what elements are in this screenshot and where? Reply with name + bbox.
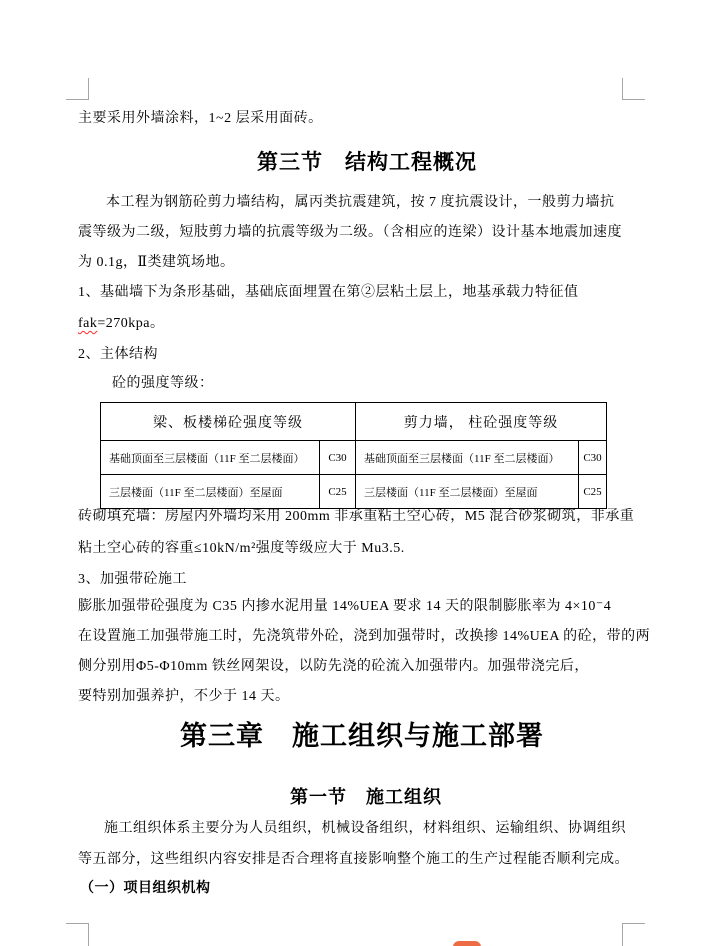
table-caption: 砼的强度等级： xyxy=(112,369,214,399)
cut-off-logo-graphic xyxy=(453,941,481,946)
structure-paragraph-line: 震等级为二级，短肢剪力墙的抗震等级为二级。（含相应的连梁）设计基本地震加速度 xyxy=(78,218,622,248)
fak-value-line: fak=270kpa。 xyxy=(78,309,165,339)
intro-line: 主要采用外墙涂料，1~2 层采用面砖。 xyxy=(78,104,323,134)
table-row: 基础顶面至三层楼面（11F 至二层楼面） C30 基础顶面至三层楼面（11F 至… xyxy=(101,441,607,475)
expansion-paragraph-line: 在设置施工加强带施工时，先浇筑带外砼，浇到加强带时，改换掺 14%UEA 的砼，… xyxy=(78,622,650,652)
numbered-item-3: 3、加强带砼施工 xyxy=(78,565,187,595)
document-page: 主要采用外墙涂料，1~2 层采用面砖。 第三节 结构工程概况 本工程为钢筋砼剪力… xyxy=(0,0,702,946)
concrete-grade-table: 梁、板楼梯砼强度等级 剪力墙， 柱砼强度等级 基础顶面至三层楼面（11F 至二层… xyxy=(100,402,607,509)
table-header-cell: 剪力墙， 柱砼强度等级 xyxy=(356,403,607,441)
misspelled-word: fak xyxy=(78,316,97,331)
numbered-item-2: 2、主体结构 xyxy=(78,340,158,370)
table-cell: 基础顶面至三层楼面（11F 至二层楼面） xyxy=(356,441,579,475)
organization-paragraph-line: 施工组织体系主要分为人员组织，机械设备组织，材料组织、运输组织、协调组织 xyxy=(104,814,626,844)
table-cell: C30 xyxy=(320,441,356,475)
expansion-paragraph-line: 膨胀加强带砼强度为 C35 内掺水泥用量 14%UEA 要求 14 天的限制膨胀… xyxy=(78,592,611,622)
chapter3-heading: 第三章 施工组织与施工部署 xyxy=(180,714,544,753)
brick-paragraph-line: 砖砌填充墙：房屋内外墙均采用 200mm 非承重粘土空心砖，M5 混合砂浆砌筑，… xyxy=(78,502,634,532)
organization-paragraph-line: 等五部分，这些组织内容安排是否合理将直接影响整个施工的生产过程能否顺利完成。 xyxy=(78,845,629,875)
crop-mark-top-right xyxy=(622,78,645,100)
table-cell: 基础顶面至三层楼面（11F 至二层楼面） xyxy=(101,441,320,475)
crop-mark-bottom-right xyxy=(622,923,645,946)
structure-paragraph-line: 本工程为钢筋砼剪力墙结构，属丙类抗震建筑，按 7 度抗震设计，一般剪力墙抗 xyxy=(106,188,615,218)
crop-mark-bottom-left xyxy=(66,923,89,946)
table-header-row: 梁、板楼梯砼强度等级 剪力墙， 柱砼强度等级 xyxy=(101,403,607,441)
section1-heading: 第一节 施工组织 xyxy=(290,783,442,809)
numbered-item-1: 1、基础墙下为条形基础，基础底面埋置在第②层粘土层上，地基承载力特征值 xyxy=(78,278,579,308)
section3-heading: 第三节 结构工程概况 xyxy=(257,146,477,176)
table-header-cell: 梁、板楼梯砼强度等级 xyxy=(101,403,356,441)
crop-mark-top-left xyxy=(66,78,89,100)
structure-paragraph-line: 为 0.1g，Ⅱ类建筑场地。 xyxy=(78,248,235,278)
brick-paragraph-line: 粘土空心砖的容重≤10kN/m²强度等级应大于 Mu3.5. xyxy=(78,534,405,564)
org-subheading: （一）项目组织机构 xyxy=(80,874,211,904)
fak-value-rest: =270kpa。 xyxy=(97,316,164,331)
table-cell: C30 xyxy=(579,441,607,475)
expansion-paragraph-line: 侧分别用Φ5-Φ10mm 铁丝网架设，以防先浇的砼流入加强带内。加强带浇完后， xyxy=(78,652,589,682)
expansion-paragraph-line: 要特别加强养护，不少于 14 天。 xyxy=(78,682,290,712)
